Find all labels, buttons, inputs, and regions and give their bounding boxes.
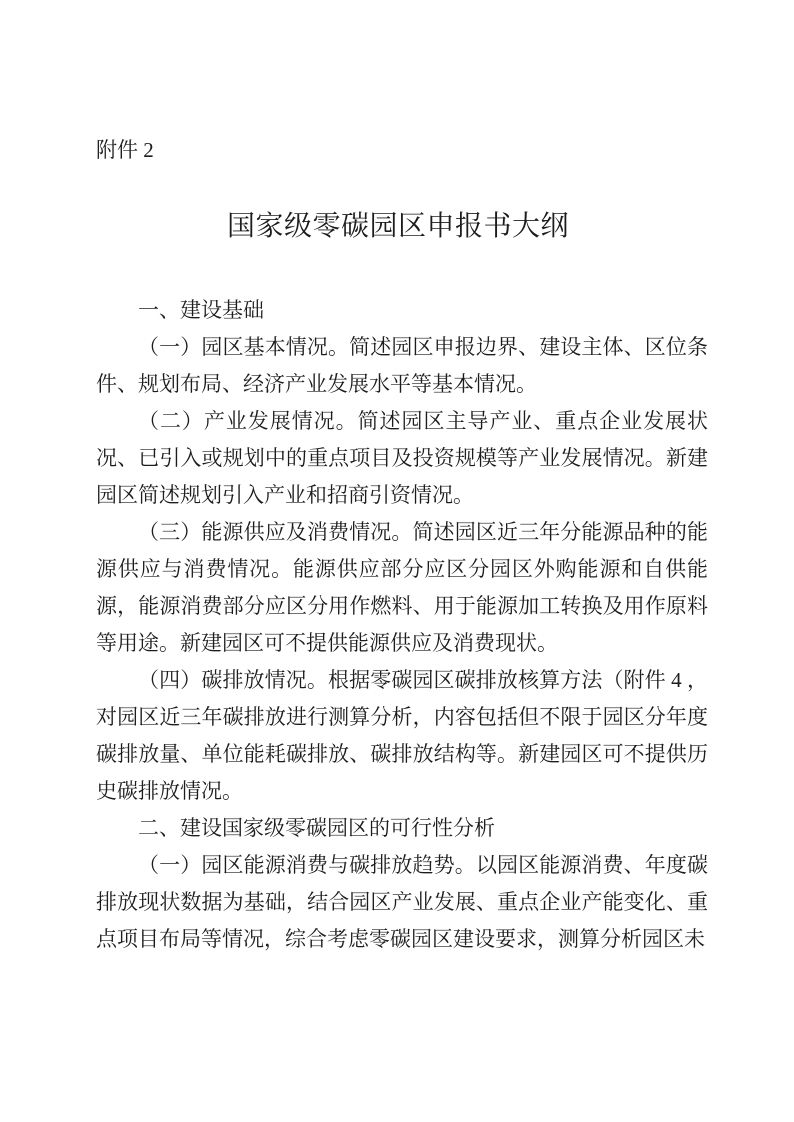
document-title: 国家级零碳园区申报书大纲: [92, 211, 704, 243]
section-1-item-2: （二）产业发展情况。简述园区主导产业、重点企业发展状况、已引入或规划中的重点项目…: [96, 403, 708, 514]
attachment-label: 附件 2: [96, 138, 154, 162]
section-1-item-4: （四）碳排放情况。根据零碳园区碳排放核算方法（附件 4 ，对园区近三年碳排放进行…: [96, 662, 708, 810]
section-1-item-1: （一）园区基本情况。简述园区申报边界、建设主体、区位条件、规划布局、经济产业发展…: [96, 329, 708, 403]
section-1-heading: 一、建设基础: [96, 292, 708, 329]
section-1-item-3: （三）能源供应及消费情况。简述园区近三年分能源品种的能源供应与消费情况。能源供应…: [96, 514, 708, 662]
document-body: 一、建设基础 （一）园区基本情况。简述园区申报边界、建设主体、区位条件、规划布局…: [96, 292, 708, 958]
section-2-heading: 二、建设国家级零碳园区的可行性分析: [96, 810, 708, 847]
section-2-item-1: （一）园区能源消费与碳排放趋势。以园区能源消费、年度碳排放现状数据为基础，结合园…: [96, 847, 708, 958]
document-page: 附件 2 国家级零碳园区申报书大纲 一、建设基础 （一）园区基本情况。简述园区申…: [0, 0, 794, 1122]
